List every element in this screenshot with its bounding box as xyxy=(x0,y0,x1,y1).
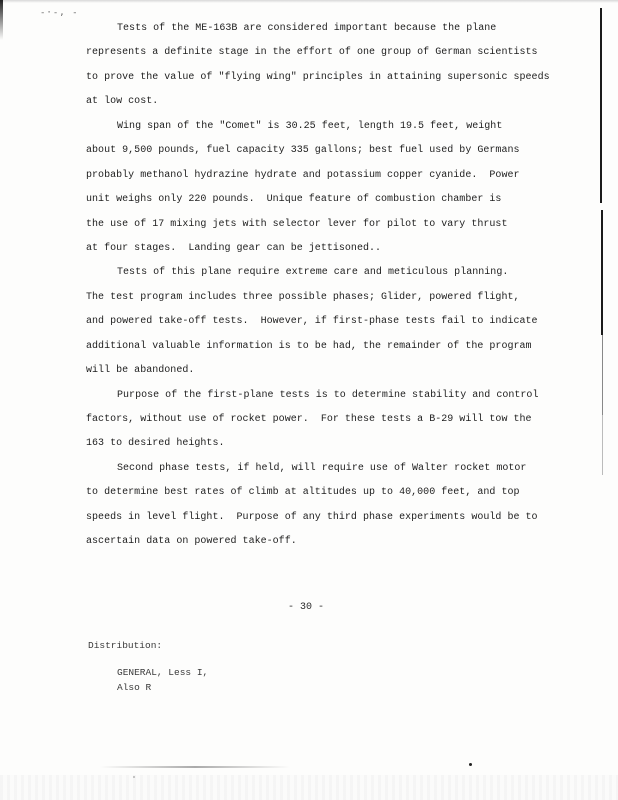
page-number: - 30 - xyxy=(288,602,324,613)
distribution-item: GENERAL, Less I, xyxy=(117,665,208,680)
text-line: will be abandoned. xyxy=(86,359,586,383)
paragraph: Second phase tests, if held, will requir… xyxy=(86,457,586,555)
right-edge-rule xyxy=(602,415,603,475)
distribution-label: Distribution: xyxy=(88,640,208,665)
scan-smudge xyxy=(100,766,290,768)
paragraph: Tests of this plane require extreme care… xyxy=(86,261,586,383)
scan-top-shadow xyxy=(0,0,618,3)
right-edge-rule xyxy=(601,210,603,335)
text-line: Tests of the ME-163B are considered impo… xyxy=(86,17,586,41)
text-line: the use of 17 mixing jets with selector … xyxy=(86,213,586,237)
scan-left-edge xyxy=(0,0,3,40)
distribution-list: GENERAL, Less I, Also R xyxy=(88,665,208,695)
text-line: at four stages. Landing gear can be jett… xyxy=(86,237,586,261)
text-line: and powered take-off tests. However, if … xyxy=(86,310,586,334)
text-line: Tests of this plane require extreme care… xyxy=(86,261,586,285)
text-line: represents a definite stage in the effor… xyxy=(86,41,586,65)
document-page: -·-, - Tests of the ME-163B are consider… xyxy=(0,0,618,800)
text-line: to determine best rates of climb at alti… xyxy=(86,481,586,505)
right-edge-rule xyxy=(602,335,603,415)
distribution-block: Distribution: GENERAL, Less I, Also R xyxy=(88,640,208,695)
distribution-item: Also R xyxy=(117,680,208,695)
text-line: about 9,500 pounds, fuel capacity 335 ga… xyxy=(86,139,586,163)
right-edge-rule xyxy=(600,8,602,203)
text-line: additional valuable information is to be… xyxy=(86,335,586,359)
text-line: Wing span of the "Comet" is 30.25 feet, … xyxy=(86,115,586,139)
margin-marks: -·-, - xyxy=(40,8,79,18)
paragraph: Tests of the ME-163B are considered impo… xyxy=(86,17,586,115)
text-line: Second phase tests, if held, will requir… xyxy=(86,457,586,481)
text-line: to prove the value of "flying wing" prin… xyxy=(86,66,586,90)
text-line: The test program includes three possible… xyxy=(86,286,586,310)
text-line: ascertain data on powered take-off. xyxy=(86,530,586,554)
text-line: 163 to desired heights. xyxy=(86,432,586,456)
text-line: unit weighs only 220 pounds. Unique feat… xyxy=(86,188,586,212)
text-line: speeds in level flight. Purpose of any t… xyxy=(86,506,586,530)
text-line: probably methanol hydrazine hydrate and … xyxy=(86,164,586,188)
scan-bottom-band xyxy=(0,775,618,800)
paragraph: Purpose of the first-plane tests is to d… xyxy=(86,384,586,457)
text-line: at low cost. xyxy=(86,90,586,114)
text-line: Purpose of the first-plane tests is to d… xyxy=(86,384,586,408)
text-line: factors, without use of rocket power. Fo… xyxy=(86,408,586,432)
scan-speck xyxy=(469,763,472,766)
document-body: Tests of the ME-163B are considered impo… xyxy=(86,17,586,555)
paragraph: Wing span of the "Comet" is 30.25 feet, … xyxy=(86,115,586,262)
